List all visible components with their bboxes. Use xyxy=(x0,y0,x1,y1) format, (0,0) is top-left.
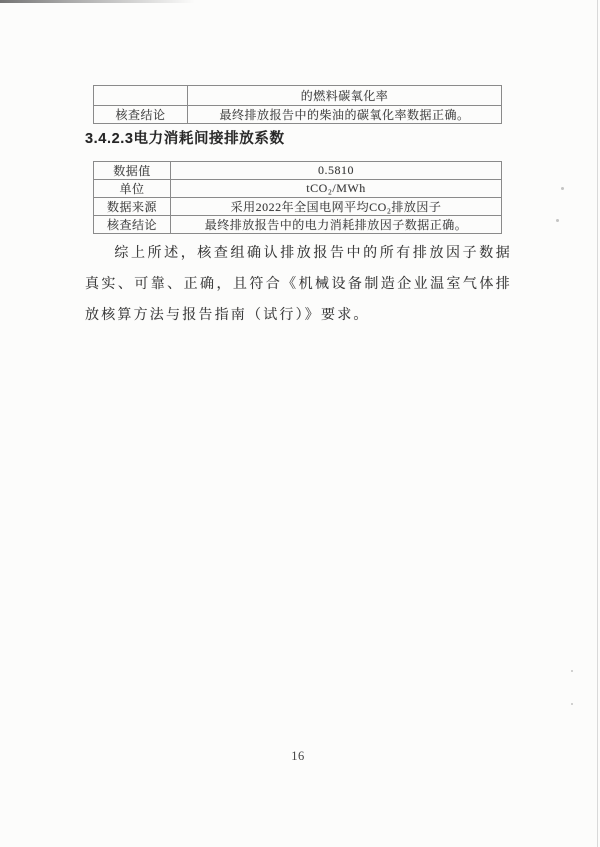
row-label-cell: 核查结论 xyxy=(94,106,188,124)
row-label-cell: 数据来源 xyxy=(94,198,171,216)
row-value-cell: 最终排放报告中的柴油的碳氧化率数据正确。 xyxy=(188,106,502,124)
electricity-emission-factor-table: 数据值 0.5810 单位 tCO₂/MWh 数据来源 采用2022年全国电网平… xyxy=(93,161,502,234)
row-value-cell: 最终排放报告中的电力消耗排放因子数据正确。 xyxy=(171,216,502,234)
row-value-cell: 的燃料碳氧化率 xyxy=(188,86,502,106)
scan-speck xyxy=(556,219,559,222)
table-row: 数据来源 采用2022年全国电网平均CO₂排放因子 xyxy=(94,198,502,216)
scan-artifact-top xyxy=(0,0,195,3)
section-heading: 3.4.2.3电力消耗间接排放系数 xyxy=(85,130,285,148)
page-edge-line xyxy=(597,0,598,847)
table-row: 的燃料碳氧化率 xyxy=(94,86,502,106)
summary-paragraph: 综上所述，核查组确认排放报告中的所有排放因子数据真实、可靠、正确，且符合《机械设… xyxy=(85,238,512,331)
scan-speck xyxy=(571,670,573,672)
scan-speck xyxy=(561,187,564,190)
page-number: 16 xyxy=(0,749,596,764)
table-row: 数据值 0.5810 xyxy=(94,162,502,180)
row-value-cell: 0.5810 xyxy=(171,162,502,180)
scan-speck xyxy=(571,703,573,705)
document-page: 的燃料碳氧化率 核查结论 最终排放报告中的柴油的碳氧化率数据正确。 3.4.2.… xyxy=(0,0,600,847)
row-label-cell: 核查结论 xyxy=(94,216,171,234)
row-label-cell xyxy=(94,86,188,106)
table-row: 核查结论 最终排放报告中的电力消耗排放因子数据正确。 xyxy=(94,216,502,234)
row-value-cell: tCO₂/MWh xyxy=(171,180,502,198)
table-row: 核查结论 最终排放报告中的柴油的碳氧化率数据正确。 xyxy=(94,106,502,124)
table-row: 单位 tCO₂/MWh xyxy=(94,180,502,198)
row-label-cell: 数据值 xyxy=(94,162,171,180)
row-label-cell: 单位 xyxy=(94,180,171,198)
fuel-carbon-oxidation-table: 的燃料碳氧化率 核查结论 最终排放报告中的柴油的碳氧化率数据正确。 xyxy=(93,85,502,124)
row-value-cell: 采用2022年全国电网平均CO₂排放因子 xyxy=(171,198,502,216)
